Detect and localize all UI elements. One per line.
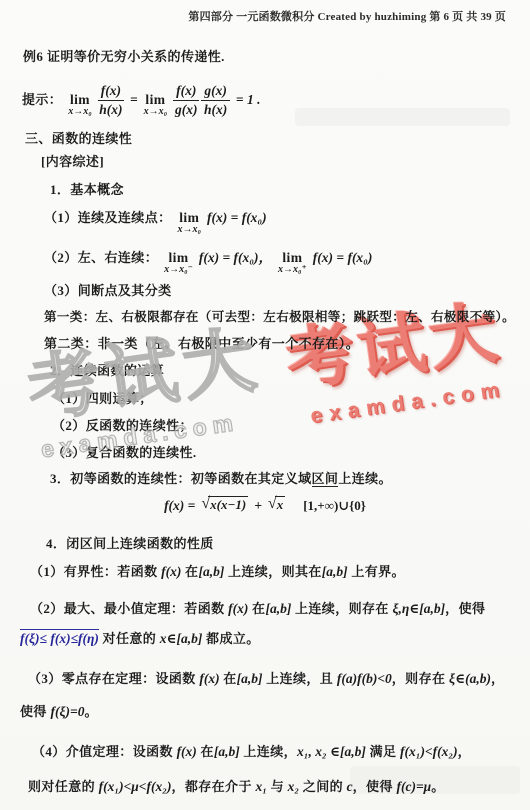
text-run: （3）零点存在定理：设函数 (28, 671, 199, 686)
line-first-class: 第一类：左、右极限都存在（可去型：左右极限相等；跳跃型：左、右极限不等）。 (44, 310, 515, 326)
limit-notation-right: lim x→x₀⁺ (278, 251, 307, 276)
text-run: 在 (181, 564, 198, 579)
item-left-right-continuity: （2）左、右连续： lim x→x₀⁻ f(x) = f(x₀)， lim x→… (44, 242, 372, 274)
line-extreme-value-theorem: （2）最大、最小值定理：若函数 f(x) 在[a,b] 上连续，则存在 ξ,η∈… (30, 601, 485, 618)
text-run: f(ξ)=0 (50, 704, 84, 719)
heading-operations: 2．连续函数的运算 (50, 363, 164, 379)
limit-notation: lim x→x₀ (178, 211, 202, 236)
limit-notation: lim x→x₀ (68, 93, 92, 118)
equals-one: = 1 . (236, 92, 261, 109)
fraction-fx-over-gx: f(x) g(x) (173, 83, 199, 117)
text-run: ，则存在 (392, 671, 449, 686)
example-6-line: 例6 证明等价无穷小关系的传递性. (23, 49, 225, 65)
heading-elementary-continuity: 3．初等函数的连续性：初等函数在其定义域区间上连续。 (50, 471, 392, 487)
fraction-fx-over-hx: f(x) h(x) (98, 83, 124, 117)
text-run: （2）最大、最小值定理：若函数 (30, 601, 228, 616)
formula-rhs: f(x) = f(x₀) (207, 210, 267, 227)
domain-set: [1,+∞)∪{0} (303, 498, 366, 514)
formula-rhs: f(x) = f(x₀)， (199, 250, 272, 267)
item-label: （1）连续及连续点： (44, 210, 172, 226)
text-run: x₂ (288, 779, 299, 794)
scanned-document-page: 考试大 examda.com 第四部分 一元函数微积分 Created by h… (0, 0, 530, 810)
elementary-formula-line: f(x) = √ x(x−1) + √ x [1,+∞)∪{0} (0, 496, 530, 516)
formula-rhs: f(x) = f(x₀) (313, 250, 373, 267)
limit-notation-left: lim x→x₀⁻ (164, 251, 193, 276)
text-run: 在 (248, 601, 265, 616)
item-discontinuity-types: （3）间断点及其分类 (44, 283, 172, 299)
line-inequality-blue: f(ξ)≤ f(x)≤f(η) 对任意的 x∈[a,b] 都成立。 (20, 631, 260, 648)
text-run: 。 (431, 779, 444, 794)
text-run: 区间 (312, 471, 339, 487)
scan-artifact (295, 108, 510, 126)
line-intermediate-value-theorem-end: 则对任意的 f(x₁)<μ<f(x₂)，都存在介于 x₁ 与 x₂ 之间的 c，… (28, 779, 445, 796)
hint-formula-line: 提示： lim x→x₀ f(x) h(x) = lim x→x₀ f(x) g… (22, 80, 260, 120)
text-run: ，使得 (445, 601, 485, 616)
text-run: x₁, x₂ ∈[a,b] (297, 744, 366, 759)
text-run: f(x₁)<f(x₂) (400, 744, 458, 759)
text-run: f(x) (228, 601, 248, 616)
equals-sign: = (130, 92, 138, 109)
text-run: 则对任意的 (28, 779, 99, 794)
text-run: [a,b] (322, 564, 348, 579)
text-run: 在 (220, 671, 237, 686)
line-boundedness: （1）有界性：若函数 f(x) 在[a,b] 上连续，则其在[a,b] 上有界。 (30, 564, 405, 581)
plus-sign: + (254, 498, 262, 515)
radical-sign: √ (268, 494, 277, 514)
item-inverse-continuity: （2）反函数的连续性； (52, 418, 193, 434)
text-run: （1）有界性：若函数 (30, 564, 161, 579)
text-run: ξ,η∈[a,b] (392, 601, 445, 616)
fraction-gx-over-hx: g(x) h(x) (201, 83, 230, 117)
text-run: 与 (267, 779, 288, 794)
text-run: 。 (84, 704, 97, 719)
text-run: 上连续，则其在 (224, 564, 321, 579)
text-run: ， (491, 671, 504, 686)
text-run: 使得 (20, 704, 50, 719)
item-arithmetic-rules: （1）四则运算； (52, 391, 153, 407)
heading-closed-interval: 4．闭区间上连续函数的性质 (46, 536, 214, 552)
text-run: 在 (197, 744, 214, 759)
text-run: （4）介值定理：设函数 (32, 744, 177, 759)
heading-basic-concepts: 1．基本概念 (50, 182, 124, 198)
sqrt-expression: √ x(x−1) (201, 496, 248, 516)
text-run: 上连续， (240, 744, 297, 759)
line-zero-theorem: （3）零点存在定理：设函数 f(x) 在[a,b] 上连续，且 f(a)f(b)… (28, 671, 504, 688)
content-summary-label: [内容综述] (41, 154, 104, 170)
text-run: [a,b] (214, 744, 240, 759)
hint-label: 提示： (22, 92, 62, 108)
text-run: 上连续，且 (263, 671, 337, 686)
item-composite-continuity: （3）复合函数的连续性. (52, 445, 197, 461)
text-run: [a,b] (237, 671, 263, 686)
text-run: 上有界。 (348, 564, 405, 579)
limit-notation: lim x→x₀ (144, 93, 168, 118)
text-run: f(a)f(b)<0 (337, 671, 392, 686)
text-run: 上连续，则存在 (291, 601, 392, 616)
text-run: [a,b] (198, 564, 224, 579)
watermark-red-domain: examda.com (309, 377, 510, 429)
radical-sign: √ (201, 494, 210, 514)
text-run: ， (458, 744, 471, 759)
text-run: f(x₁)<μ<f(x₂) (99, 779, 172, 794)
text-run: 对任意的 (99, 631, 160, 646)
formula-lhs: f(x) = (164, 498, 195, 515)
text-run: f(c)=μ (397, 779, 432, 794)
line-zero-theorem-end: 使得 f(ξ)=0。 (20, 704, 98, 721)
text-run: 都成立。 (202, 631, 259, 646)
text-run: x₁ (256, 779, 267, 794)
fraction-product: f(x) g(x) g(x) h(x) (173, 83, 230, 117)
text-run: 之间的 (299, 779, 347, 794)
sqrt-expression: √ x (268, 496, 285, 516)
page-header: 第四部分 一元函数微积分 Created by huzhiming 第 6 页 … (188, 11, 506, 25)
text-run: ，都存在介于 (171, 779, 255, 794)
line-second-class: 第二类：非一类（左、右极限中至少有一个不存在）。 (44, 336, 359, 352)
item-continuity-point: （1）连续及连续点： lim x→x₀ f(x) = f(x₀) (44, 202, 267, 234)
text-run: ξ∈(a,b) (449, 671, 491, 686)
text-run: [a,b] (265, 601, 291, 616)
text-run: f(ξ)≤ f(x)≤f(η) (20, 629, 99, 646)
section-title-continuity: 三、函数的连续性 (25, 131, 132, 147)
text-run: 3．初等函数的连续性：初等函数在其定义域 (50, 471, 312, 486)
text-run: 满足 (366, 744, 400, 759)
text-run: f(x) (177, 744, 197, 759)
text-run: f(x) (161, 564, 181, 579)
line-intermediate-value-theorem: （4）介值定理：设函数 f(x) 在[a,b] 上连续，x₁, x₂ ∈[a,b… (32, 744, 471, 761)
text-run: ，使得 (353, 779, 397, 794)
item-label: （2）左、右连续： (44, 250, 158, 266)
text-run: x∈[a,b] (160, 631, 203, 646)
text-run: 上连续。 (338, 471, 392, 486)
text-run: f(x) (199, 671, 219, 686)
